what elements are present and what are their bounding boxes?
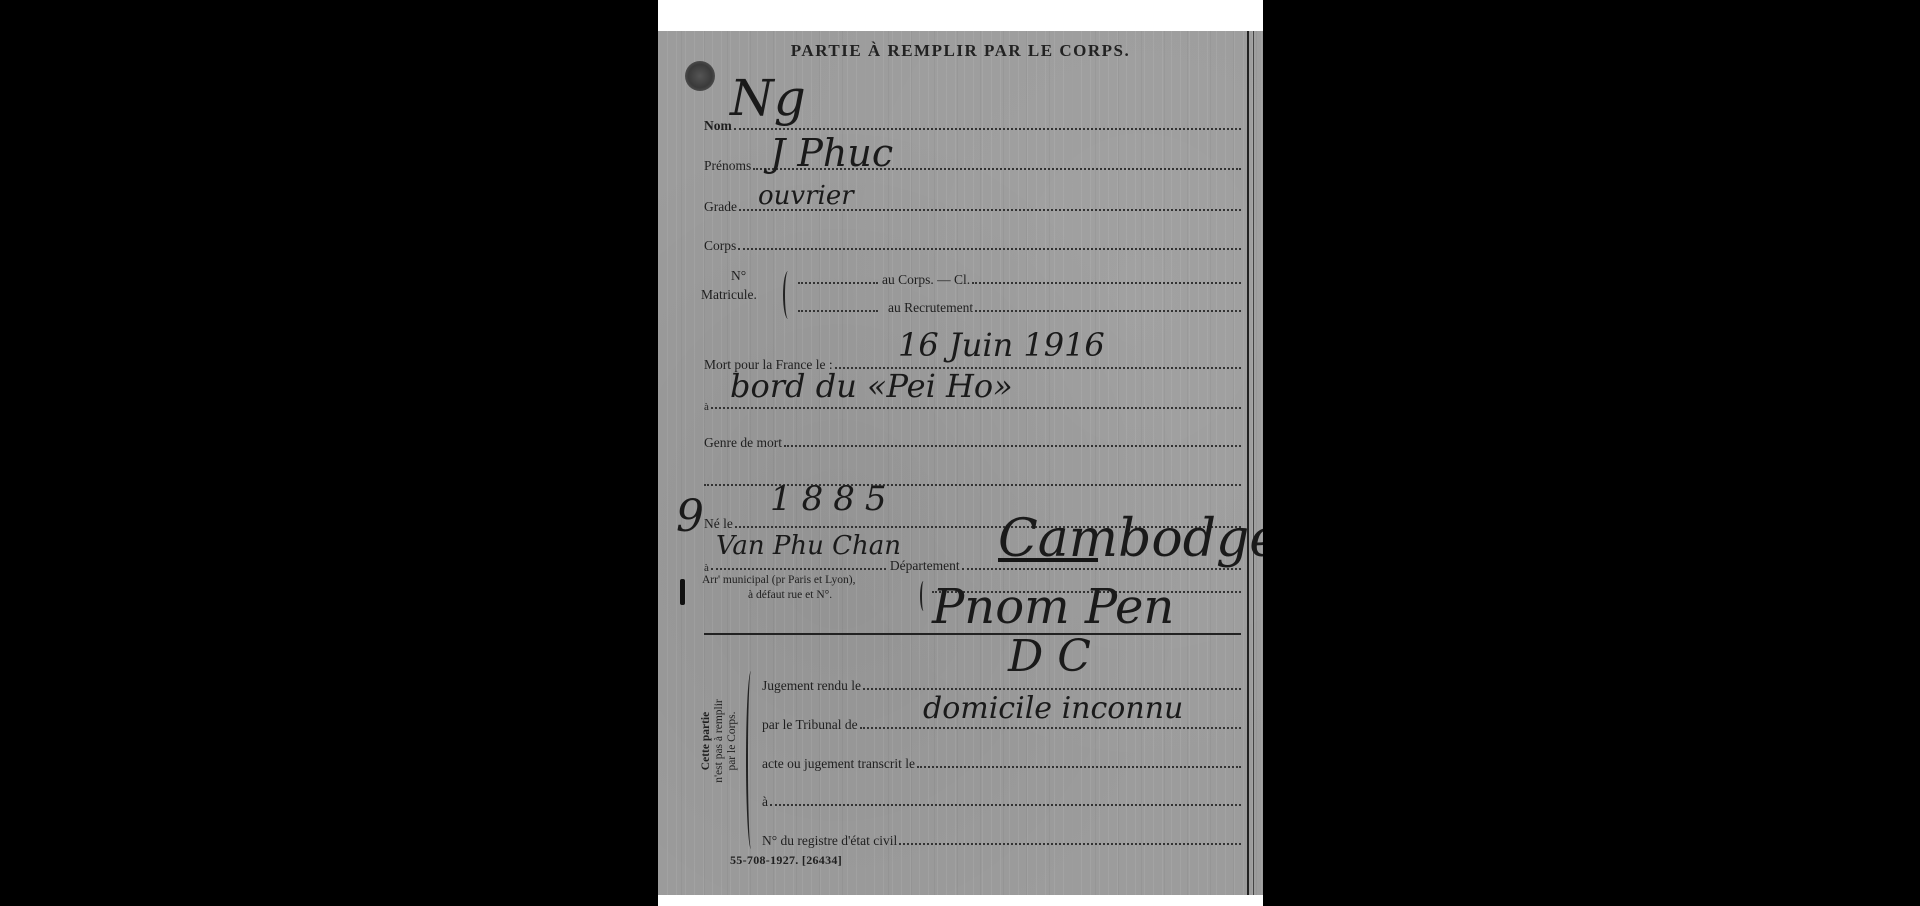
dotted-line: [975, 310, 1241, 312]
ink-stamp-icon: [685, 61, 715, 91]
label-corps: Corps: [704, 238, 736, 254]
section-divider: [704, 633, 1241, 635]
label-acte-transcrit: acte ou jugement transcrit le: [762, 756, 915, 772]
death-record-card: PARTIE À REMPLIR PAR LE CORPS. Nom Ng Pr…: [658, 31, 1263, 895]
label-au-corps: au Corps. — Cl.: [882, 272, 970, 288]
side-note-line-2: n'est pas à remplir: [713, 661, 726, 821]
label-nom: Nom: [704, 118, 732, 134]
label-a: à: [704, 401, 709, 413]
field-genre-de-mort: Genre de mort: [704, 429, 1241, 451]
handwritten-tribunal: domicile inconnu: [923, 691, 1183, 726]
dotted-line: [738, 248, 1241, 250]
dotted-line: [734, 128, 1241, 130]
label-jugement-rendu: Jugement rendu le: [762, 678, 861, 694]
label-matricule: Matricule.: [701, 287, 757, 303]
label-arr-municipal-1: Arr' municipal (pr Paris et Lyon),: [702, 574, 855, 586]
margin-ink-mark: [680, 579, 685, 605]
footer-print-code: 55-708-1927. [26434]: [730, 853, 842, 868]
field-a-transcrit: à: [762, 788, 1241, 810]
label-tribunal: par le Tribunal de: [762, 717, 858, 733]
label-a: à: [762, 794, 768, 810]
dotted-line: [798, 310, 878, 312]
label-grade: Grade: [704, 199, 737, 215]
label-genre-de-mort: Genre de mort: [704, 435, 782, 451]
dotted-line: [798, 282, 878, 284]
field-au-corps: au Corps. — Cl.: [796, 268, 1241, 288]
right-border-line: [1247, 31, 1249, 895]
handwritten-mort-date: 16 Juin 1916: [898, 326, 1105, 364]
label-no-registre: N° du registre d'état civil: [762, 833, 897, 849]
field-no-registre: N° du registre d'état civil: [762, 827, 1241, 849]
dotted-line: [711, 568, 886, 570]
handwritten-naissance-lieu: Van Phu Chan: [716, 531, 901, 561]
dotted-line: [899, 843, 1241, 845]
dotted-line: [784, 445, 1241, 447]
label-prenoms: Prénoms: [704, 158, 751, 174]
dotted-line: [863, 688, 1241, 690]
handwritten-prenoms: J Phuc: [770, 131, 893, 175]
side-note: Cette partie n'est pas à remplir par le …: [700, 661, 739, 821]
label-arr-municipal-2: à défaut rue et N°.: [748, 589, 832, 601]
handwritten-grade: ouvrier: [758, 181, 854, 211]
handwritten-arr-municipal: Pnom Pen: [932, 579, 1174, 635]
dotted-line: [860, 727, 1241, 729]
dotted-line: [972, 282, 1241, 284]
handwritten-jugement-initials: D C: [1008, 631, 1091, 682]
field-au-recrutement: au Recrutement: [796, 296, 1241, 316]
handwritten-ne-le: 1885: [770, 479, 897, 519]
label-ne-le: Né le: [704, 516, 733, 532]
ink-underline: [998, 558, 1098, 562]
brace-matricule: [783, 271, 793, 319]
side-note-line-1: Cette partie: [700, 661, 713, 821]
handwritten-nom: Ng: [730, 69, 806, 127]
right-border-line-inner: [1253, 31, 1254, 895]
dotted-line: [711, 407, 1241, 409]
field-corps: Corps: [704, 232, 1241, 254]
brace-lower-section: [746, 671, 756, 849]
handwritten-mort-lieu: bord du «Pei Ho»: [730, 367, 1013, 405]
brace-arr-municipal: [920, 581, 927, 611]
label-a: à: [704, 562, 709, 574]
handwritten-margin-mark: 9: [676, 491, 704, 542]
form-header: PARTIE À REMPLIR PAR LE CORPS.: [658, 41, 1263, 61]
field-acte-transcrit: acte ou jugement transcrit le: [762, 750, 1241, 772]
dotted-line: [770, 804, 1241, 806]
label-au-recrutement: au Recrutement: [888, 300, 973, 316]
dotted-line: [917, 766, 1241, 768]
side-note-line-3: par le Corps.: [726, 661, 739, 821]
label-no: N°: [731, 268, 746, 284]
